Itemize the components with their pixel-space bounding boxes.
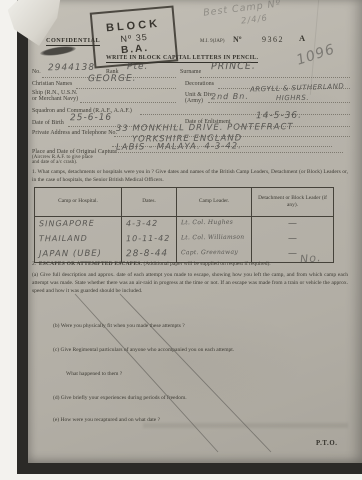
- scanned-pow-questionnaire-photo: { "document": { "classification": "CONFI…: [0, 0, 362, 480]
- questionnaire-form-page: CONFIDENTIAL BLOCK Nº 35 B.A. Best Camp …: [28, 0, 362, 463]
- pencil-strikethrough-lines: [28, 0, 362, 463]
